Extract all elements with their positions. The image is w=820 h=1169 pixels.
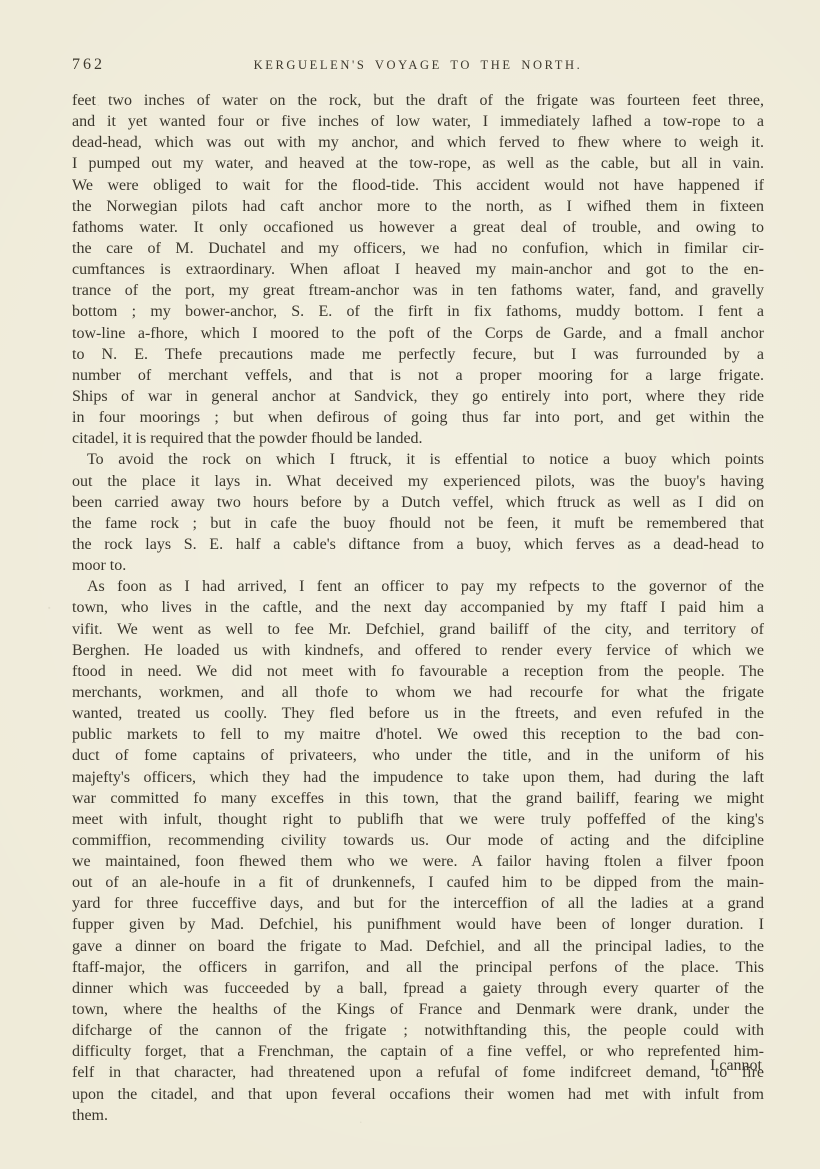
text-line: yard for three fucceffive days, and but … bbox=[72, 893, 764, 914]
text-line: the care of M. Duchatel and my officers,… bbox=[72, 238, 764, 259]
text-line: To avoid the rock on which I ftruck, it … bbox=[72, 449, 764, 470]
text-line: town, who lives in the caftle, and the n… bbox=[72, 597, 764, 618]
text-line: duct of fome captains of privateers, who… bbox=[72, 745, 764, 766]
text-line: out of an ale-houfe in a fit of drunkenn… bbox=[72, 872, 764, 893]
text-line: feet two inches of water on the rock, bu… bbox=[72, 90, 764, 111]
text-line: Berghen. He loaded us with kindnefs, and… bbox=[72, 640, 764, 661]
text-line: number of merchant veffels, and that is … bbox=[72, 365, 764, 386]
text-line: dead-head, which was out with my anchor,… bbox=[72, 132, 764, 153]
text-block: feet two inches of water on the rock, bu… bbox=[72, 90, 764, 1126]
text-line: ftood in need. We did not meet with fo f… bbox=[72, 661, 764, 682]
text-line: Ships of war in general anchor at Sandvi… bbox=[72, 386, 764, 407]
text-line: moor to. bbox=[72, 555, 764, 576]
text-line: citadel, it is required that the powder … bbox=[72, 428, 764, 449]
paragraph: feet two inches of water on the rock, bu… bbox=[72, 90, 764, 449]
text-line: We were obliged to wait for the flood-ti… bbox=[72, 175, 764, 196]
text-line: merchants, workmen, and all thofe to who… bbox=[72, 682, 764, 703]
text-line: the fame rock ; but in cafe the buoy fho… bbox=[72, 513, 764, 534]
text-line: in four moorings ; but when defirous of … bbox=[72, 407, 764, 428]
text-line: fupper given by Mad. Defchiel, his punif… bbox=[72, 914, 764, 935]
text-line: out the place it lays in. What deceived … bbox=[72, 471, 764, 492]
text-line: vifit. We went as well to fee Mr. Defchi… bbox=[72, 619, 764, 640]
text-line: them. bbox=[72, 1105, 764, 1126]
text-line: majefty's officers, which they had the i… bbox=[72, 767, 764, 788]
catchword: I cannot bbox=[72, 1057, 764, 1075]
text-line: As foon as I had arrived, I fent an offi… bbox=[72, 576, 764, 597]
text-line: and it yet wanted four or five inches of… bbox=[72, 111, 764, 132]
text-line: we maintained, foon fhewed them who we w… bbox=[72, 851, 764, 872]
text-line: wanted, treated us coolly. They fled bef… bbox=[72, 703, 764, 724]
text-line: gave a dinner on board the frigate to Ma… bbox=[72, 936, 764, 957]
paragraph: To avoid the rock on which I ftruck, it … bbox=[72, 449, 764, 576]
text-line: the Norwegian pilots had caft anchor mor… bbox=[72, 196, 764, 217]
running-title: KERGUELEN'S VOYAGE TO THE NORTH. bbox=[72, 58, 764, 73]
text-line: meet with infult, thought right to publi… bbox=[72, 809, 764, 830]
text-line: difcharge of the cannon of the frigate ;… bbox=[72, 1020, 764, 1041]
book-page: 762 KERGUELEN'S VOYAGE TO THE NORTH. fee… bbox=[0, 0, 820, 1169]
text-line: to N. E. Thefe precautions made me perfe… bbox=[72, 344, 764, 365]
text-line: ftaff-major, the officers in garrifon, a… bbox=[72, 957, 764, 978]
text-line: dinner which was fucceeded by a ball, fp… bbox=[72, 978, 764, 999]
text-line: town, where the healths of the Kings of … bbox=[72, 999, 764, 1020]
text-line: been carried away two hours before by a … bbox=[72, 492, 764, 513]
text-line: fathoms water. It only occafioned us how… bbox=[72, 217, 764, 238]
text-line: commiffion, recommending civility toward… bbox=[72, 830, 764, 851]
text-line: public markets to fell to my maitre d'ho… bbox=[72, 724, 764, 745]
text-line: tow-line a-fhore, which I moored to the … bbox=[72, 323, 764, 344]
text-line: trance of the port, my great ftream-anch… bbox=[72, 280, 764, 301]
text-line: cumftances is extraordinary. When afloat… bbox=[72, 259, 764, 280]
text-line: the rock lays S. E. half a cable's difta… bbox=[72, 534, 764, 555]
paragraph: As foon as I had arrived, I fent an offi… bbox=[72, 576, 764, 1126]
text-line: upon the citadel, and that upon feveral … bbox=[72, 1084, 764, 1105]
text-line: I pumped out my water, and heaved at the… bbox=[72, 153, 764, 174]
text-line: bottom ; my bower-anchor, S. E. of the f… bbox=[72, 301, 764, 322]
text-line: war committed fo many exceffes in this t… bbox=[72, 788, 764, 809]
page-header: 762 KERGUELEN'S VOYAGE TO THE NORTH. bbox=[72, 54, 764, 76]
